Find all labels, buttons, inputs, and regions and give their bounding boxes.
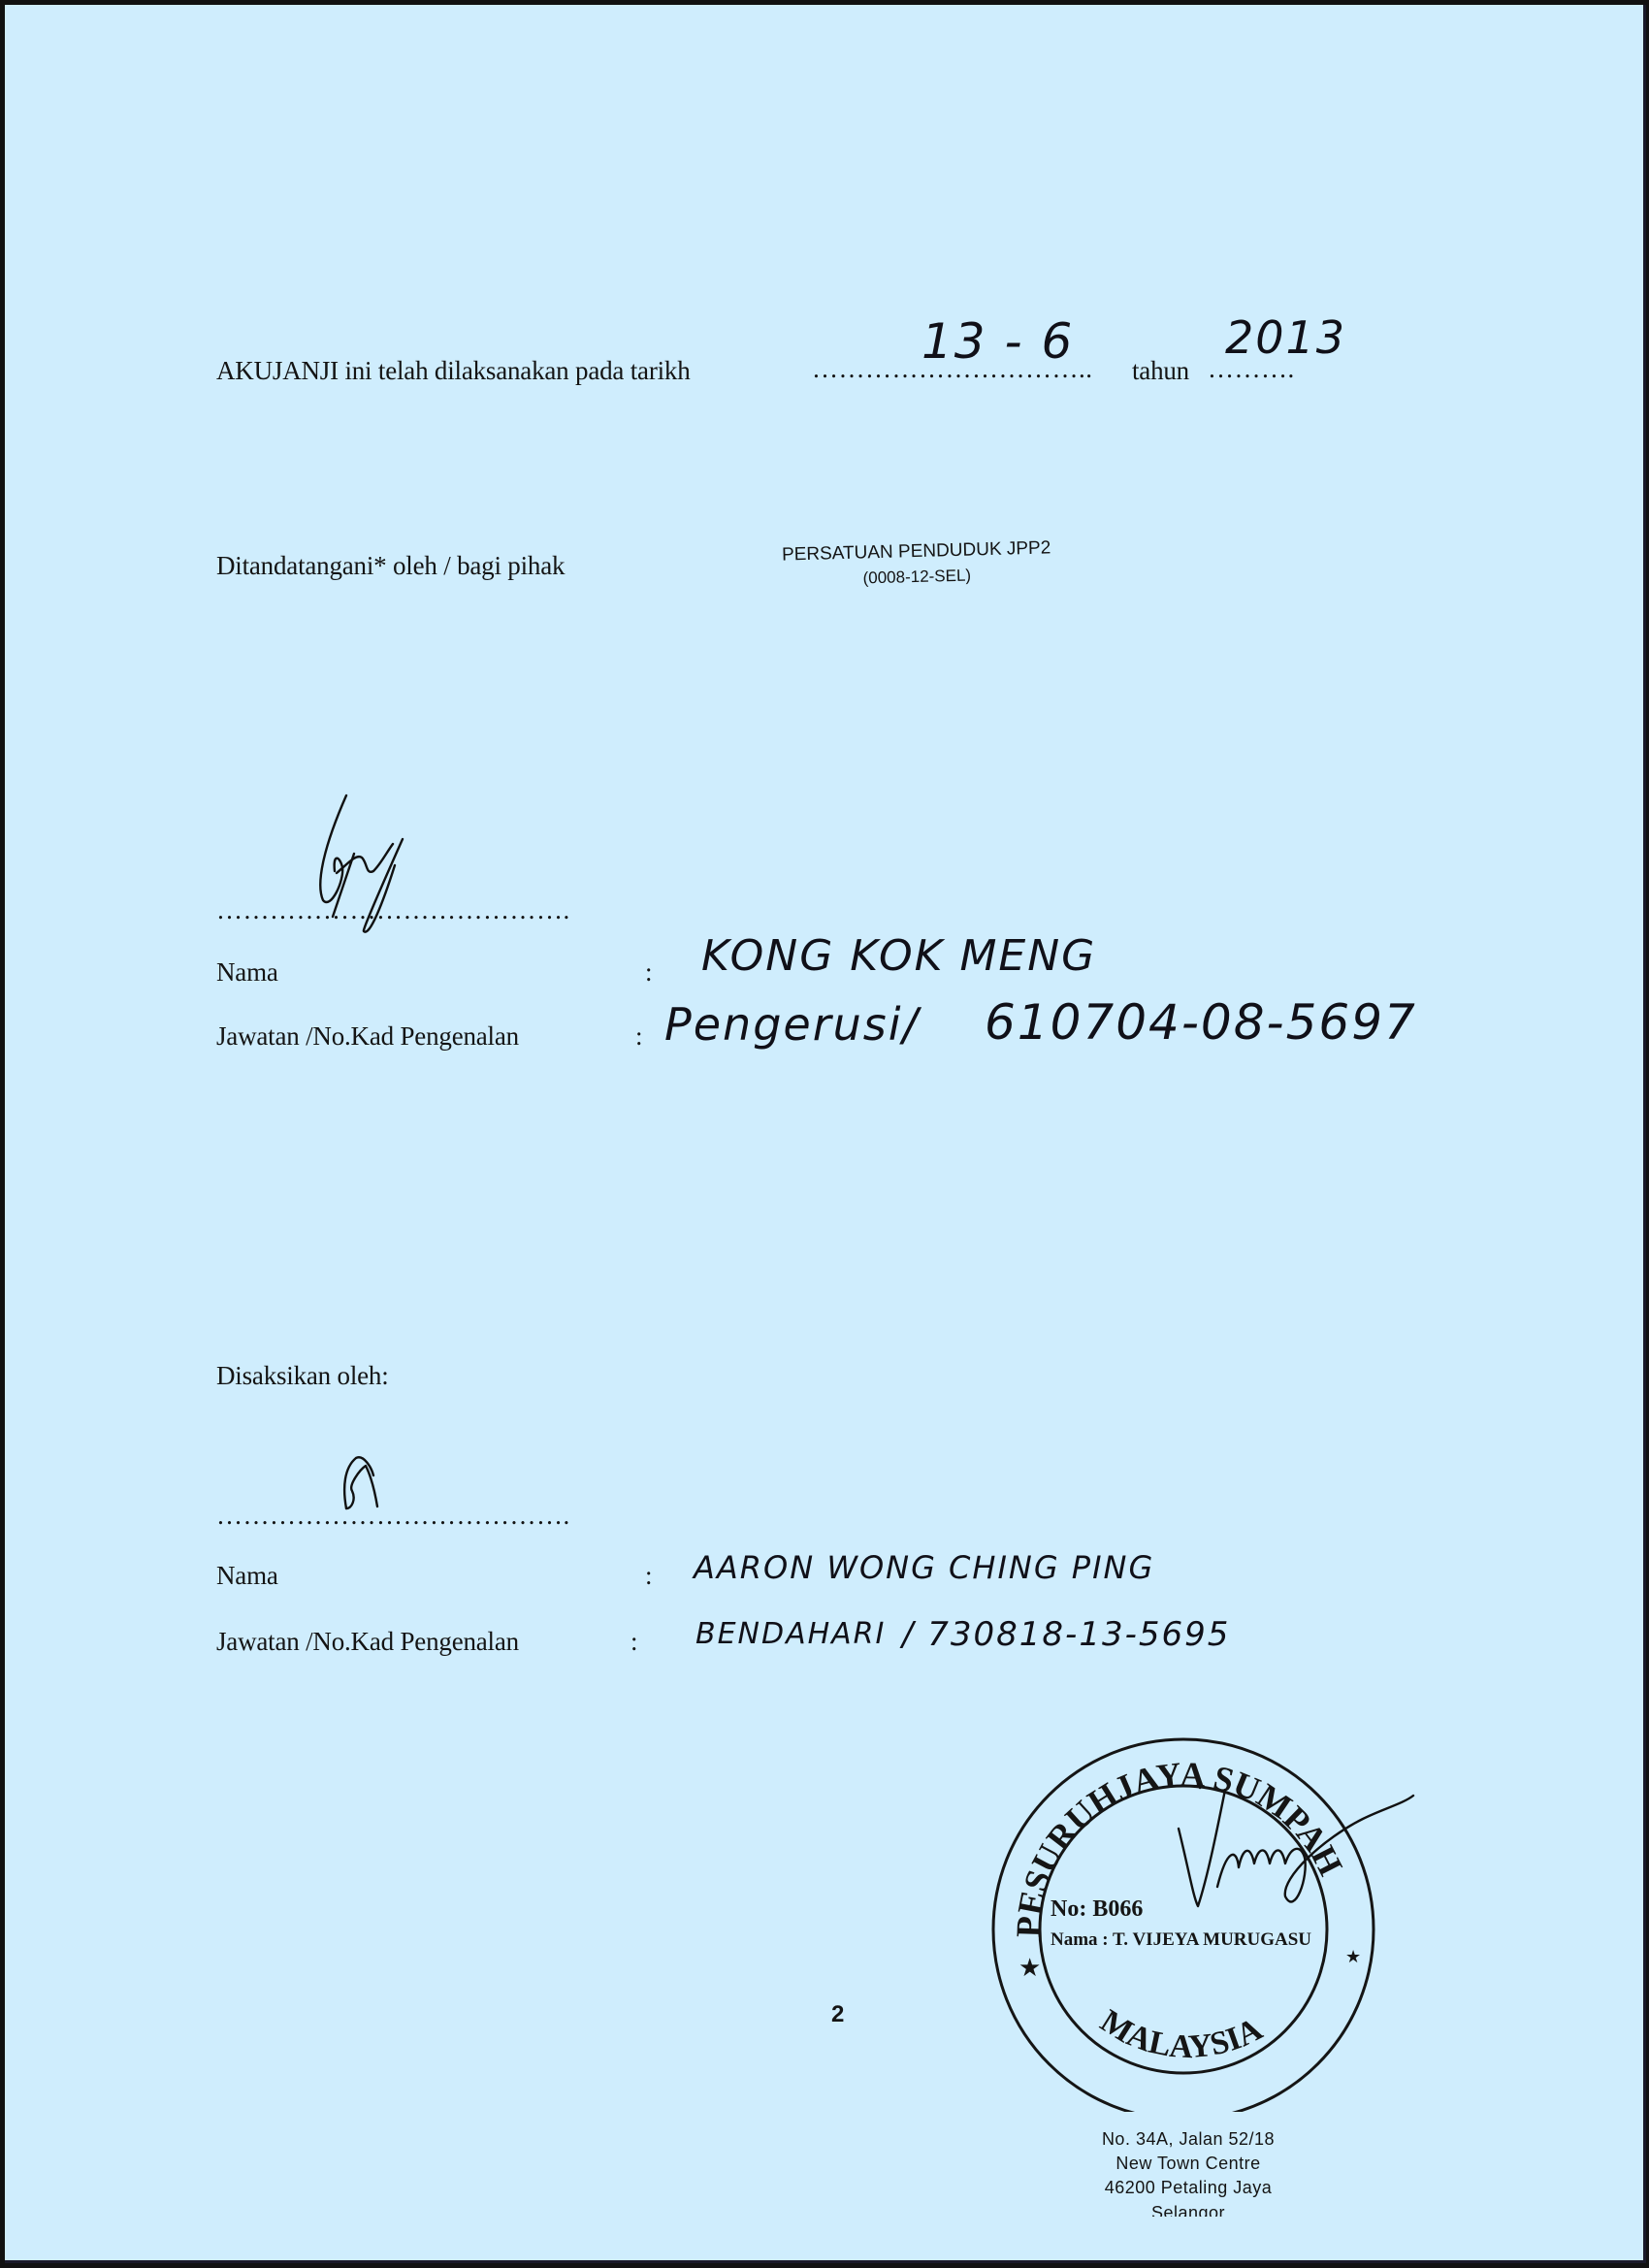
seal-bottom-text: MALAYSIA	[1094, 2003, 1269, 2065]
commissioner-signature	[1149, 1770, 1421, 1916]
handwritten-year: 2013	[1225, 311, 1346, 364]
address-line-1: No. 34A, Jalan 52/18	[1062, 2127, 1314, 2152]
page-number: 2	[831, 2001, 844, 2028]
address-line-3: 46200 Petaling Jaya	[1062, 2176, 1314, 2200]
signatory-name-value: KONG KOK MENG	[701, 931, 1096, 981]
seal-star-left-icon: ★	[1018, 1954, 1041, 1982]
handwritten-date: 13 - 6	[921, 313, 1074, 370]
document-page: AKUJANJI ini telah dilaksanakan pada tar…	[5, 5, 1646, 2263]
signatory-ic-value: 610704-08-5697	[985, 994, 1417, 1051]
address-line-2: New Town Centre	[1062, 2152, 1314, 2176]
witness-ic-value: / 730818-13-5695	[902, 1615, 1230, 1654]
witness-name-value: AARON WONG CHING PING	[694, 1549, 1154, 1586]
address-line-4: Selangor	[1062, 2201, 1314, 2217]
signatory-position-label: Jawatan /No.Kad Pengenalan	[216, 1021, 519, 1052]
signatory-name-colon: :	[645, 957, 652, 988]
organization-stamp: PERSATUAN PENDUDUK JPP2 (0008-12-SEL)	[770, 535, 1062, 593]
year-label: tahun	[1132, 356, 1189, 386]
signatory-position-value: Pengerusi/	[664, 998, 920, 1051]
witness-position-label: Jawatan /No.Kad Pengenalan	[216, 1627, 519, 1657]
seal-star-right-icon: ★	[1345, 1947, 1361, 1966]
witness-heading: Disaksikan oleh:	[216, 1361, 389, 1391]
commissioner-address: No. 34A, Jalan 52/18 New Town Centre 462…	[1062, 2127, 1314, 2217]
signed-by-label: Ditandatangani* oleh / bagi pihak	[216, 551, 565, 581]
signatory-signature-line: ………………………………….	[216, 895, 570, 925]
seal-commissioner-name: Nama : T. VIJEYA MURUGASU	[1051, 1929, 1311, 1950]
witness-name-colon: :	[645, 1561, 652, 1591]
signatory-name-label: Nama	[216, 957, 278, 988]
witness-position-value: BENDAHARI	[695, 1617, 886, 1651]
declaration-label: AKUJANJI ini telah dilaksanakan pada tar…	[216, 356, 691, 386]
witness-signature-line: ………………………………….	[216, 1501, 570, 1531]
witness-name-label: Nama	[216, 1561, 278, 1591]
signatory-position-colon: :	[635, 1021, 642, 1052]
witness-position-colon: :	[630, 1627, 637, 1657]
seal-number: No: B066	[1051, 1896, 1143, 1922]
